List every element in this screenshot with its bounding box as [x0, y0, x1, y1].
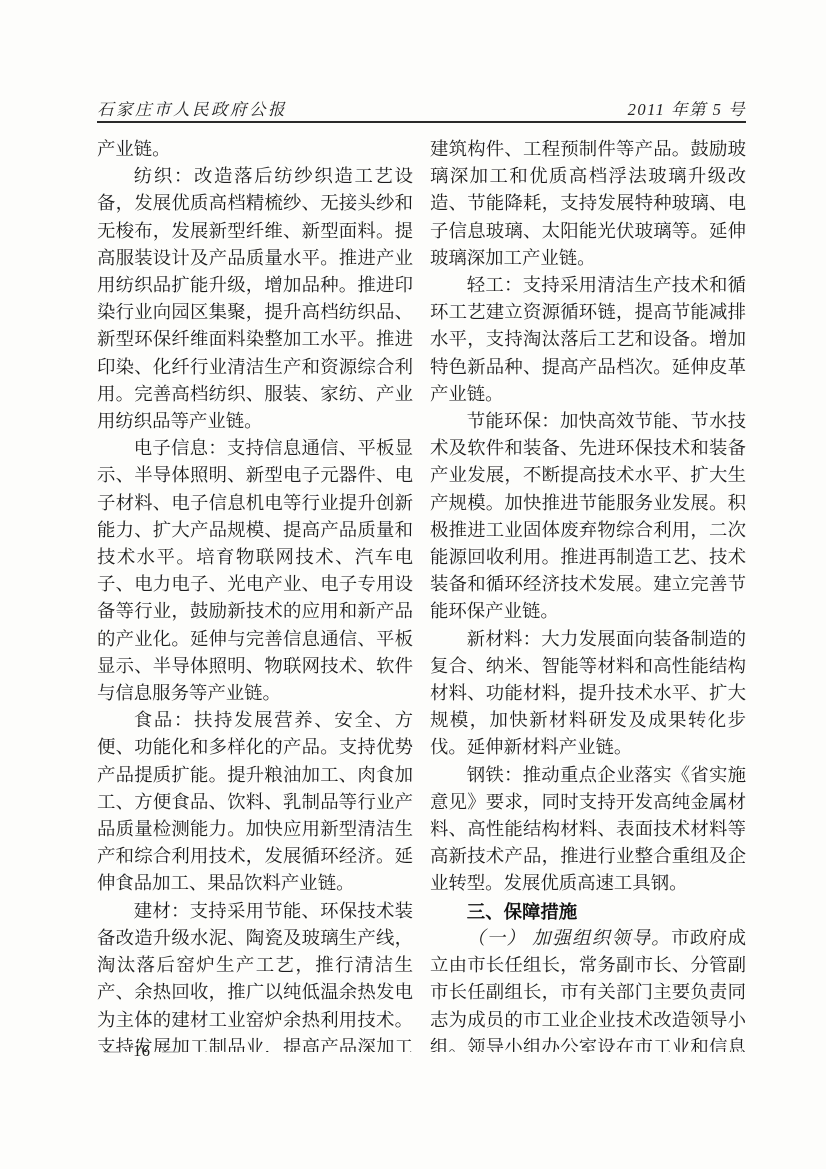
section-heading-safeguards: 三、保障措施 — [430, 898, 746, 925]
header-rule — [97, 121, 746, 123]
page-header: 石家庄市人民政府公报 2011 年第 5 号 — [97, 96, 746, 123]
left-column: 产业链。 纺织：改造落后纺纱织造工艺设备，发展优质高档精梳纱、无接头纱和无梭布，… — [97, 136, 413, 1052]
paragraph-organization-leadership: （一） 加强组织领导。市政府成立由市长任组长，常务副市长、分管副市长任副组长，市… — [430, 925, 746, 1052]
clause-lead: （一） 加强组织领导。 — [467, 928, 671, 948]
document-body: 产业链。 纺织：改造落后纺纱织造工艺设备，发展优质高档精梳纱、无接头纱和无梭布，… — [97, 136, 746, 1052]
continuation-paragraph: 建筑构件、工程预制件等产品。鼓励玻璃深加工和优质高档浮法玻璃升级改造、节能降耗，… — [430, 136, 746, 272]
issue-number: 2011 年第 5 号 — [628, 96, 746, 120]
footer-right-dash: — — [162, 1041, 179, 1061]
footer-left-dash: — — [104, 1041, 121, 1061]
paragraph-steel: 钢铁：推动重点企业落实《省实施意见》要求，同时支持开发高纯金属材料、高性能结构材… — [430, 762, 746, 898]
continuation-paragraph: 产业链。 — [97, 136, 413, 163]
paragraph-food: 食品：扶持发展营养、安全、方便、功能化和多样化的产品。支持优势产品提质扩能。提升… — [97, 707, 413, 897]
header-row: 石家庄市人民政府公报 2011 年第 5 号 — [97, 96, 746, 118]
right-column: 建筑构件、工程预制件等产品。鼓励玻璃深加工和优质高档浮法玻璃升级改造、节能降耗，… — [430, 136, 746, 1052]
paragraph-energy-environment: 节能环保：加快高效节能、节水技术及软件和装备、先进环保技术和装备产业发展，不断提… — [430, 408, 746, 626]
document-page: 石家庄市人民政府公报 2011 年第 5 号 产业链。 纺织：改造落后纺纱织造工… — [0, 0, 826, 1169]
paragraph-new-materials: 新材料：大力发展面向装备制造的复合、纳米、智能等材料和高性能结构材料、功能材料，… — [430, 626, 746, 762]
gazette-title: 石家庄市人民政府公报 — [97, 96, 287, 120]
paragraph-textile: 纺织：改造落后纺纱织造工艺设备，发展优质高档精梳纱、无接头纱和无梭布，发展新型纤… — [97, 163, 413, 435]
page-number: 16 — [133, 1041, 150, 1061]
page-content: 石家庄市人民政府公报 2011 年第 5 号 产业链。 纺织：改造落后纺纱织造工… — [97, 96, 746, 1052]
page-footer: — 16 — — [104, 1041, 179, 1061]
paragraph-electronic-info: 电子信息：支持信息通信、平板显示、半导体照明、新型电子元器件、电子材料、电子信息… — [97, 435, 413, 707]
paragraph-building-materials: 建材：支持采用节能、环保技术装备改造升级水泥、陶瓷及玻璃生产线，淘汰落后窑炉生产… — [97, 898, 413, 1052]
paragraph-light-industry: 轻工：支持采用清洁生产技术和循环工艺建立资源循环链，提高节能减排水平，支持淘汰落… — [430, 272, 746, 408]
